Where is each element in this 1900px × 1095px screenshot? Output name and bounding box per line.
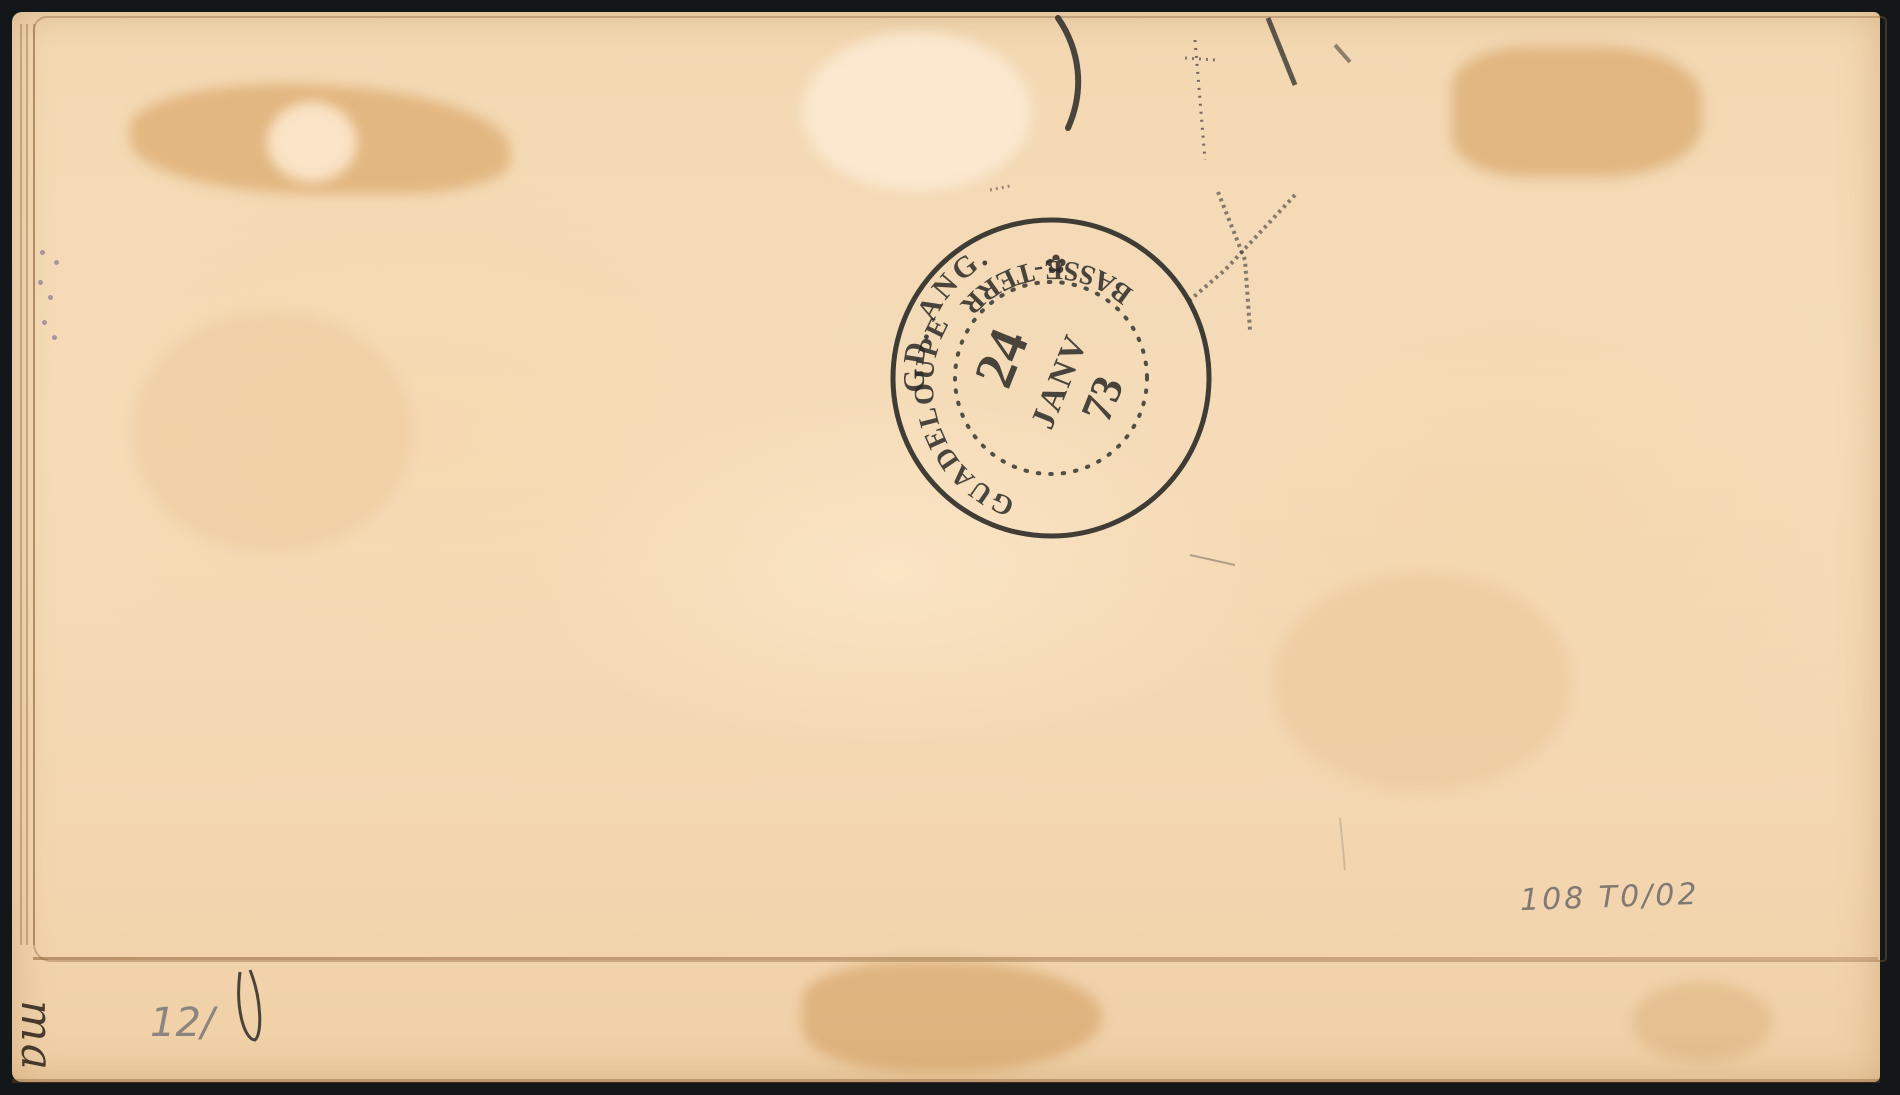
- pencil-rate-note: 12/: [150, 1000, 214, 1046]
- pencil-reference-note: 108 T0/02: [1519, 877, 1700, 918]
- violet-ink-trace: [36, 240, 76, 360]
- postmark-day: 24: [963, 321, 1041, 396]
- fold-line: [33, 957, 1878, 960]
- scan-stage: GD. ANG. GUADELOUPE BASSE-TERRE ✿ 24 JAN…: [0, 0, 1900, 1095]
- sheet-edge: [26, 24, 28, 945]
- ink-script-fragment: ma: [11, 1000, 62, 1072]
- circular-datestamp: GD. ANG. GUADELOUPE BASSE-TERRE ✿ 24 JAN…: [886, 213, 1216, 543]
- stain: [802, 962, 1102, 1072]
- bottom-edge: [12, 1079, 1880, 1083]
- stain: [1632, 982, 1772, 1062]
- postmark-ornament: ✿: [1045, 250, 1067, 279]
- sheet-edge: [20, 24, 22, 945]
